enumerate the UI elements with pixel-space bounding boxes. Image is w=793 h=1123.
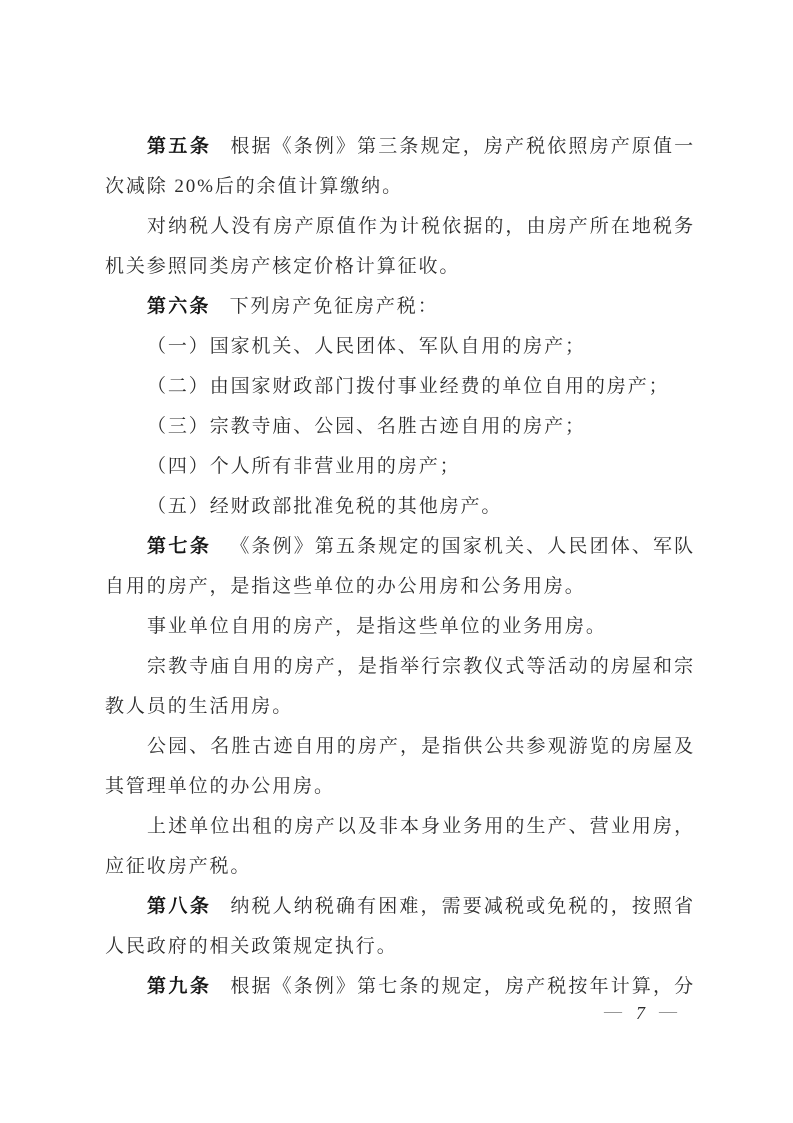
- article-number: 第六条: [147, 296, 211, 317]
- article-number: 第五条: [147, 136, 211, 157]
- footer-dash-right: —: [659, 1001, 677, 1021]
- text-line: 第七条《条例》第五条规定的国家机关、人民团体、军队: [105, 527, 695, 567]
- line-text: 根据《条例》第三条规定，房产税依照房产原值一: [230, 136, 695, 157]
- text-line: 机关参照同类房产核定价格计算征收。: [105, 247, 695, 287]
- line-text: 纳税人纳税确有困难，需要减税或免税的，按照省: [230, 896, 695, 917]
- text-line: （三）宗教寺庙、公园、名胜古迹自用的房产；: [105, 407, 695, 447]
- line-text: 机关参照同类房产核定价格计算征收。: [105, 256, 460, 277]
- document-page: 第五条根据《条例》第三条规定，房产税依照房产原值一次减除 20%后的余值计算缴纳…: [0, 0, 793, 1123]
- text-line: （二）由国家财政部门拨付事业经费的单位自用的房产；: [105, 367, 695, 407]
- text-line: （五）经财政部批准免税的其他房产。: [105, 487, 695, 527]
- line-text: （一）国家机关、人民团体、军队自用的房产；: [147, 336, 586, 357]
- line-text: （四）个人所有非营业用的房产；: [147, 456, 461, 477]
- text-line: 教人员的生活用房。: [105, 687, 695, 727]
- line-text: （五）经财政部批准免税的其他房产。: [147, 496, 502, 517]
- line-text: 公园、名胜古迹自用的房产，是指供公共参观游览的房屋及: [147, 736, 695, 757]
- line-text: 上述单位出租的房产以及非本身业务用的生产、营业用房，: [147, 816, 695, 837]
- footer-dash-left: —: [604, 1001, 622, 1021]
- line-text: 其管理单位的办公用房。: [105, 776, 335, 797]
- line-text: （二）由国家财政部门拨付事业经费的单位自用的房产；: [147, 376, 670, 397]
- line-text: 下列房产免征房产税：: [230, 296, 439, 317]
- article-number: 第八条: [147, 896, 211, 917]
- text-line: 人民政府的相关政策规定执行。: [105, 927, 695, 967]
- article-number: 第九条: [147, 976, 211, 997]
- text-line: 第八条纳税人纳税确有困难，需要减税或免税的，按照省: [105, 887, 695, 927]
- line-text: 事业单位自用的房产，是指这些单位的业务用房。: [147, 616, 607, 637]
- line-text: 宗教寺庙自用的房产，是指举行宗教仪式等活动的房屋和宗: [147, 656, 695, 677]
- line-text: （三）宗教寺庙、公园、名胜古迹自用的房产；: [147, 416, 586, 437]
- text-line: 第五条根据《条例》第三条规定，房产税依照房产原值一: [105, 127, 695, 167]
- line-text: 自用的房产，是指这些单位的办公用房和公务用房。: [105, 576, 586, 597]
- line-text: 教人员的生活用房。: [105, 696, 293, 717]
- text-line: 公园、名胜古迹自用的房产，是指供公共参观游览的房屋及: [105, 727, 695, 767]
- line-text: 根据《条例》第七条的规定，房产税按年计算，分: [230, 976, 695, 997]
- text-line: 上述单位出租的房产以及非本身业务用的生产、营业用房，: [105, 807, 695, 847]
- text-line: （一）国家机关、人民团体、军队自用的房产；: [105, 327, 695, 367]
- line-text: 《条例》第五条规定的国家机关、人民团体、军队: [230, 536, 695, 557]
- page-footer: —7—: [604, 998, 677, 1028]
- text-line: 宗教寺庙自用的房产，是指举行宗教仪式等活动的房屋和宗: [105, 647, 695, 687]
- text-line: 其管理单位的办公用房。: [105, 767, 695, 807]
- line-text: 次减除 20%后的余值计算缴纳。: [105, 176, 403, 197]
- line-text: 人民政府的相关政策规定执行。: [105, 936, 398, 957]
- line-text: 应征收房产税。: [105, 856, 251, 877]
- text-line: 第六条下列房产免征房产税：: [105, 287, 695, 327]
- line-text: 对纳税人没有房产原值作为计税依据的，由房产所在地税务: [147, 216, 695, 237]
- document-content: 第五条根据《条例》第三条规定，房产税依照房产原值一次减除 20%后的余值计算缴纳…: [105, 127, 695, 1007]
- text-line: 对纳税人没有房产原值作为计税依据的，由房产所在地税务: [105, 207, 695, 247]
- text-line: 事业单位自用的房产，是指这些单位的业务用房。: [105, 607, 695, 647]
- text-line: 应征收房产税。: [105, 847, 695, 887]
- text-line: 次减除 20%后的余值计算缴纳。: [105, 167, 695, 207]
- article-number: 第七条: [147, 536, 211, 557]
- page-number: 7: [636, 1003, 645, 1023]
- text-line: 自用的房产，是指这些单位的办公用房和公务用房。: [105, 567, 695, 607]
- text-line: （四）个人所有非营业用的房产；: [105, 447, 695, 487]
